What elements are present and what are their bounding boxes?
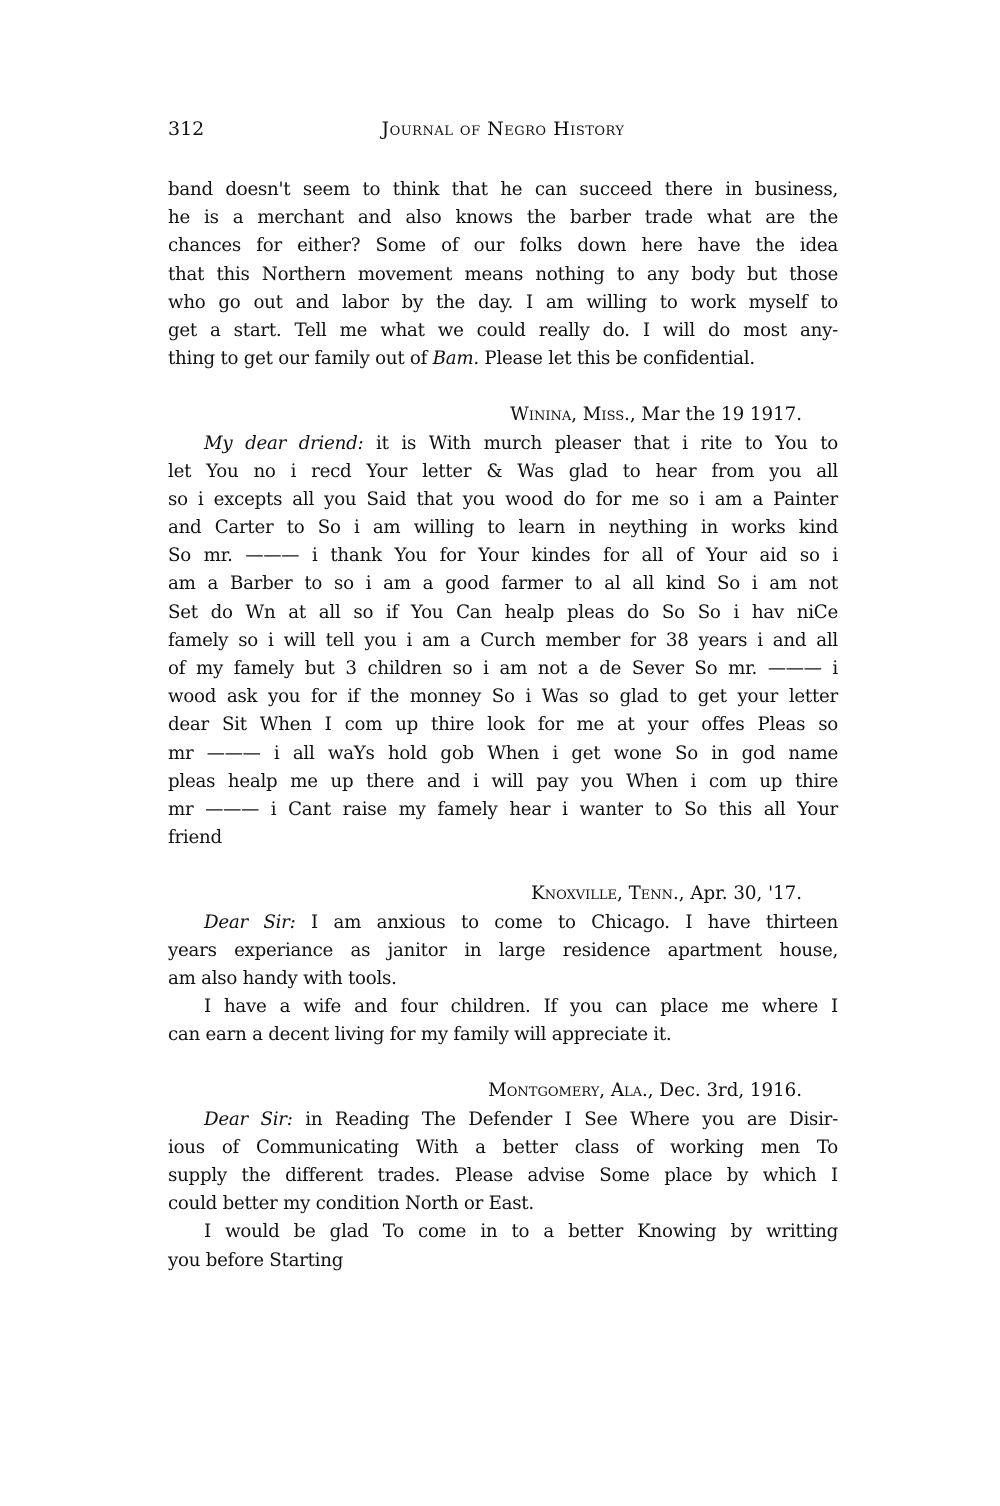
text-line: mr ——— i Cant raise my famely hear i wan… bbox=[168, 796, 838, 824]
text-line: thing to get our family out of Bam. Plea… bbox=[168, 345, 838, 373]
salutation: Dear Sir: bbox=[204, 1109, 293, 1130]
salutation: My dear driend: bbox=[204, 433, 363, 454]
dateline: Knoxville, Tenn., Apr. 30, '17. bbox=[168, 880, 838, 908]
text-line: So mr. ——— i thank You for Your kindes f… bbox=[168, 542, 838, 570]
text-line: friend bbox=[168, 824, 838, 852]
text-line: I would be glad To come in to a better K… bbox=[168, 1218, 838, 1246]
dateline: Winina, Miss., Mar the 19 1917. bbox=[168, 401, 838, 429]
text-line: and Carter to So i am willing to learn i… bbox=[168, 514, 838, 542]
place: Winina, Miss., bbox=[510, 404, 636, 425]
letter-winina: Winina, Miss., Mar the 19 1917. My dear … bbox=[168, 401, 838, 852]
place: Knoxville, Tenn., bbox=[531, 883, 684, 904]
text-line: who go out and labor by the day. I am wi… bbox=[168, 289, 838, 317]
journal-title: Journal of Negro History bbox=[168, 118, 838, 140]
text-line: supply the different trades. Please advi… bbox=[168, 1162, 838, 1190]
text-line: he is a merchant and also knows the barb… bbox=[168, 204, 838, 232]
text-line: chances for either? Some of our folks do… bbox=[168, 232, 838, 260]
place: Montgomery, Ala., bbox=[488, 1080, 653, 1101]
text-line: get a start. Tell me what we could reall… bbox=[168, 317, 838, 345]
text-line: wood ask you for if the monney So i Was … bbox=[168, 683, 838, 711]
text-line: that this Northern movement means nothin… bbox=[168, 261, 838, 289]
running-head: 312 Journal of Negro History bbox=[168, 118, 838, 148]
journal-page: 312 Journal of Negro History band doesn'… bbox=[168, 118, 838, 1275]
text-line: am also handy with tools. bbox=[168, 965, 838, 993]
dateline: Montgomery, Ala., Dec. 3rd, 1916. bbox=[168, 1077, 838, 1105]
text-line: you before Starting bbox=[168, 1247, 838, 1275]
text-line: I have a wife and four children. If you … bbox=[168, 993, 838, 1021]
text-line: years experiance as janitor in large res… bbox=[168, 937, 838, 965]
text-line: am a Barber to so i am a good farmer to … bbox=[168, 570, 838, 598]
text-line: My dear driend: it is With murch pleaser… bbox=[168, 430, 838, 458]
date: Apr. 30, '17. bbox=[685, 883, 802, 904]
text-line: Dear Sir: I am anxious to come to Chicag… bbox=[168, 909, 838, 937]
text-line: of my famely but 3 children so i am not … bbox=[168, 655, 838, 683]
continued-letter: band doesn't seem to think that he can s… bbox=[168, 176, 838, 373]
text-line: famely so i will tell you i am a Curch m… bbox=[168, 627, 838, 655]
letter-knoxville: Knoxville, Tenn., Apr. 30, '17. Dear Sir… bbox=[168, 880, 838, 1049]
date: Mar the 19 1917. bbox=[636, 404, 802, 425]
text-line: band doesn't seem to think that he can s… bbox=[168, 176, 838, 204]
text-line: Dear Sir: in Reading The Defender I See … bbox=[168, 1106, 838, 1134]
salutation: Dear Sir: bbox=[204, 912, 296, 933]
letter-montgomery: Montgomery, Ala., Dec. 3rd, 1916. Dear S… bbox=[168, 1077, 838, 1274]
text-line: Set do Wn at all so if You Can healp ple… bbox=[168, 599, 838, 627]
date: Dec. 3rd, 1916. bbox=[654, 1080, 802, 1101]
text-line: pleas healp me up there and i will pay y… bbox=[168, 768, 838, 796]
text-line: so i excepts all you Said that you wood … bbox=[168, 486, 838, 514]
text-line: let You no i recd Your letter & Was glad… bbox=[168, 458, 838, 486]
text-line: dear Sit When I com up thire look for me… bbox=[168, 711, 838, 739]
text-line: ious of Communicating With a better clas… bbox=[168, 1134, 838, 1162]
text-line: mr ——— i all waYs hold gob When i get wo… bbox=[168, 740, 838, 768]
place-name-italic: Bam. bbox=[433, 348, 479, 369]
text-line: could better my condition North or East. bbox=[168, 1190, 838, 1218]
text-line: can earn a decent living for my family w… bbox=[168, 1021, 838, 1049]
